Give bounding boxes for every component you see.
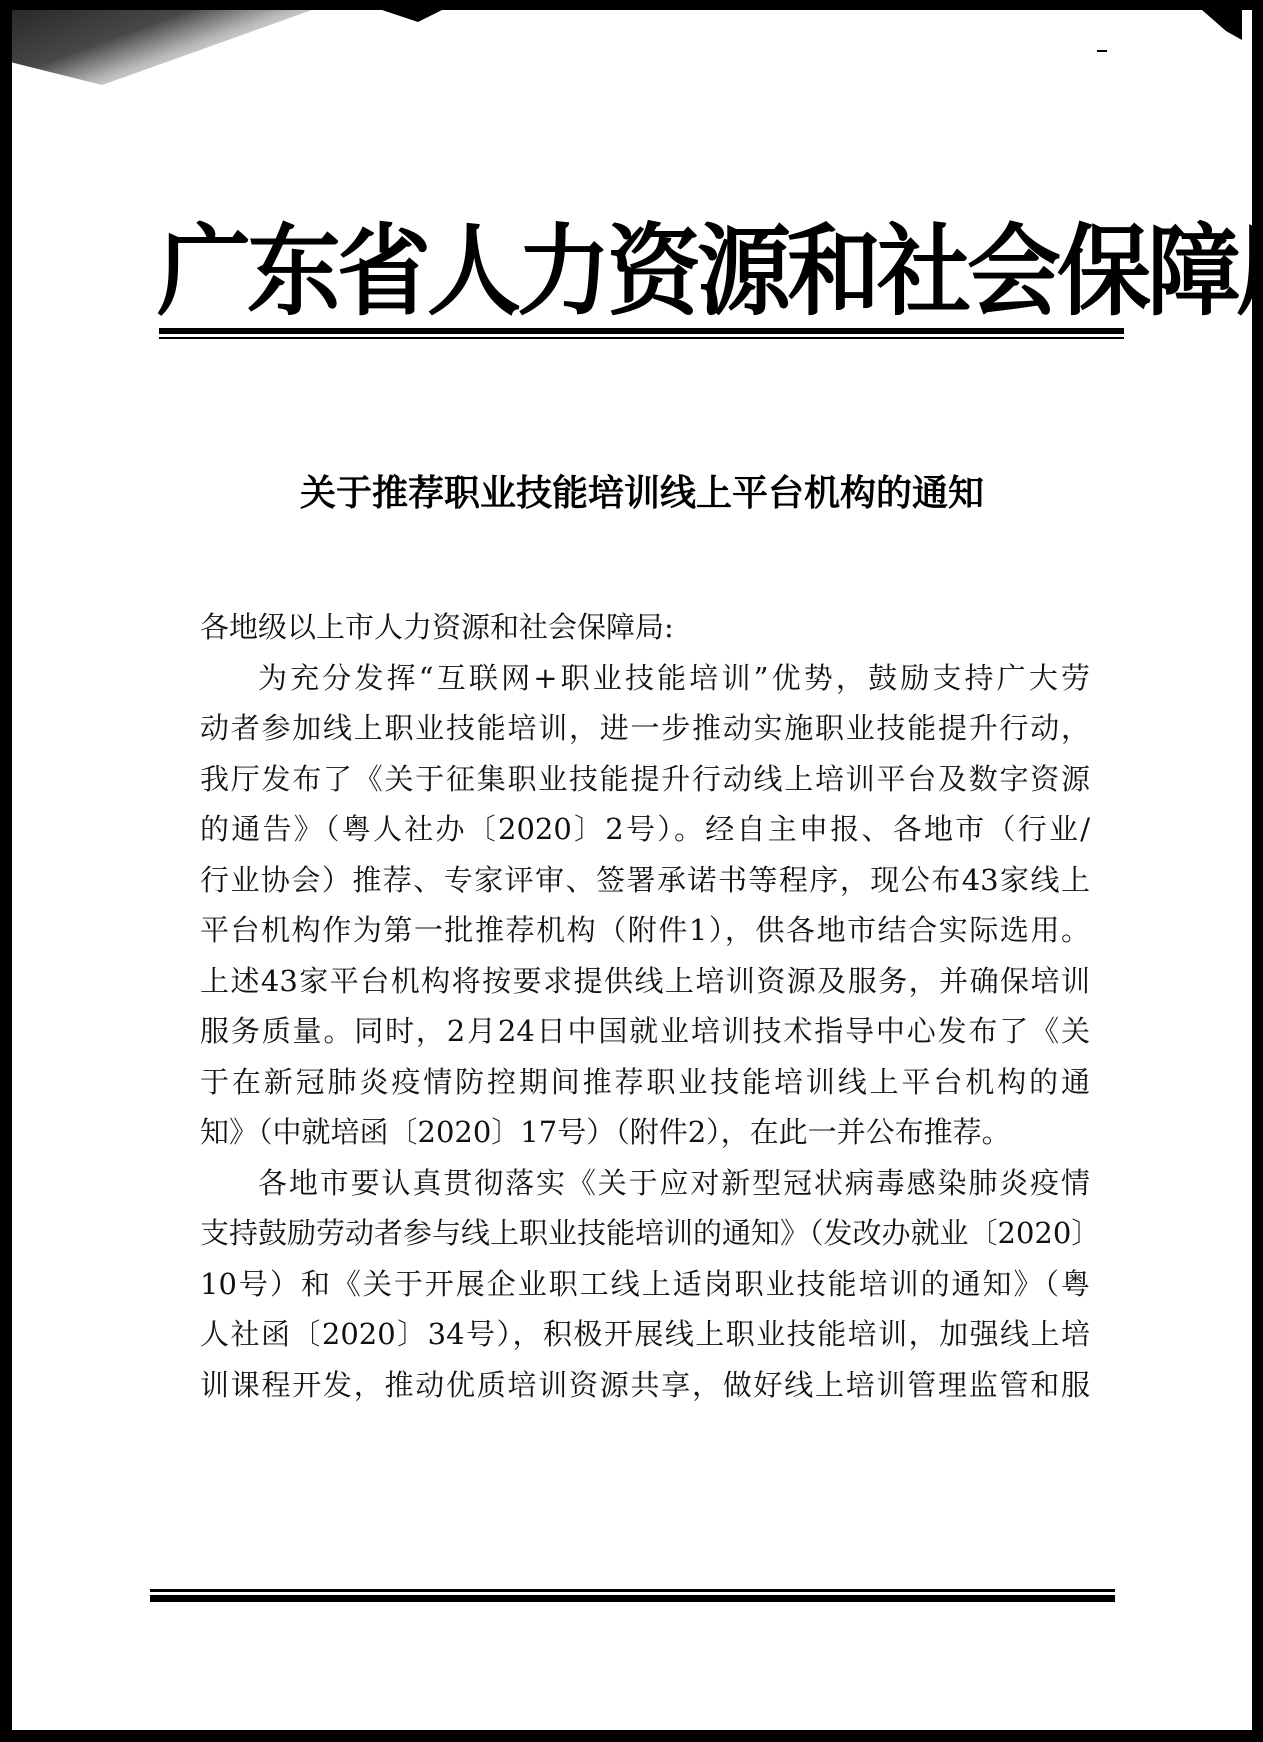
scan-shadow-artifact <box>1202 10 1242 40</box>
salutation: 各地级以上市人力资源和社会保障局: <box>200 602 1090 653</box>
paragraph-2-line: 10号）和《关于开展企业职工线上适岗职业技能培训的通知》（粤 <box>200 1259 1090 1310</box>
paragraph-2-line: 人社函〔2020〕34号），积极开展线上职业技能培训，加强线上培 <box>200 1309 1090 1360</box>
letterhead-rule-thick <box>159 328 1124 334</box>
letterhead-organization: 广东省人力资源和社会保障厅 <box>157 223 1117 322</box>
footer-rule-thick <box>150 1595 1115 1602</box>
paragraph-2-line: 训课程开发，推动优质培训资源共享，做好线上培训管理监管和服 <box>200 1360 1090 1411</box>
document-title: 关于推荐职业技能培训线上平台机构的通知 <box>252 465 1032 516</box>
paragraph-2-line: 支持鼓励劳动者参与线上职业技能培训的通知》（发改办就业〔2020〕 <box>200 1208 1090 1259</box>
paragraph-1-line: 上述43家平台机构将按要求提供线上培训资源及服务，并确保培训 <box>200 956 1090 1007</box>
paragraph-2-line: 各地市要认真贯彻落实《关于应对新型冠状病毒感染肺炎疫情 <box>200 1158 1090 1209</box>
paragraph-1-line: 为充分发挥“互联网+职业技能培训”优势，鼓励支持广大劳 <box>200 653 1090 704</box>
scan-shadow-artifact <box>382 10 442 40</box>
footer-rule-thin <box>150 1589 1115 1592</box>
paragraph-1-line: 于在新冠肺炎疫情防控期间推荐职业技能培训线上平台机构的通 <box>200 1057 1090 1108</box>
paragraph-1-line: 动者参加线上职业技能培训，进一步推动实施职业技能提升行动， <box>200 703 1090 754</box>
scan-shadow-artifact <box>12 10 312 85</box>
scanned-page: 广东省人力资源和社会保障厅 关于推荐职业技能培训线上平台机构的通知 各地级以上市… <box>12 10 1252 1730</box>
paragraph-1-line: 我厅发布了《关于征集职业技能提升行动线上培训平台及数字资源 <box>200 754 1090 805</box>
paragraph-1-line: 知》（中就培函〔2020〕17号）（附件2），在此一并公布推荐。 <box>200 1107 1090 1158</box>
scan-speck <box>1097 50 1107 52</box>
paragraph-1-line: 平台机构作为第一批推荐机构（附件1），供各地市结合实际选用。 <box>200 905 1090 956</box>
letterhead-rule-thin <box>159 337 1124 339</box>
document-body: 各地级以上市人力资源和社会保障局: 为充分发挥“互联网+职业技能培训”优势，鼓励… <box>200 602 1090 1410</box>
paragraph-1-line: 服务质量。同时，2月24日中国就业培训技术指导中心发布了《关 <box>200 1006 1090 1057</box>
paragraph-1-line: 的通告》（粤人社办〔2020〕2号）。经自主申报、各地市（行业/ <box>200 804 1090 855</box>
paragraph-1-line: 行业协会）推荐、专家评审、签署承诺书等程序，现公布43家线上 <box>200 855 1090 906</box>
